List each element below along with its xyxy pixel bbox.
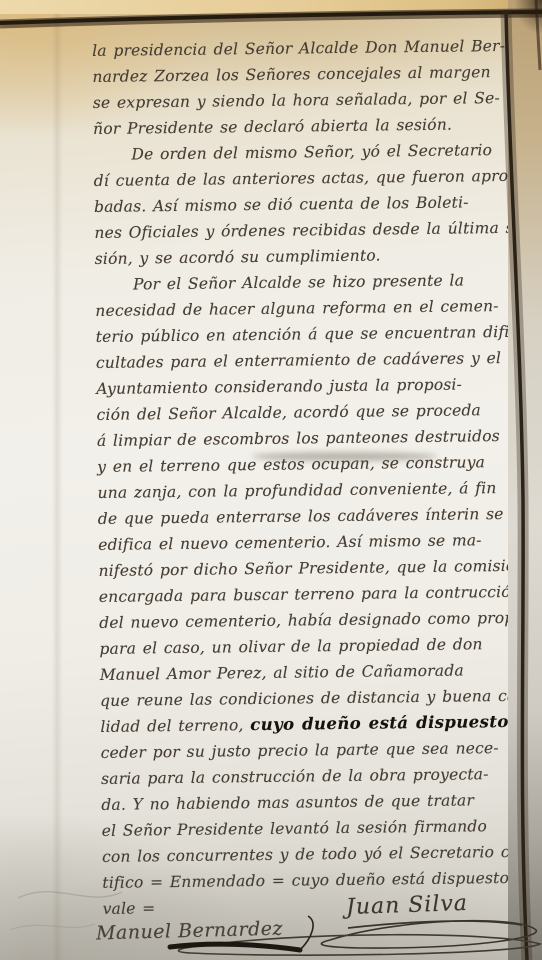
emphasis-pre-text: lidad del terreno, — [100, 716, 250, 736]
signature-juan-silva: Juan Silva — [346, 891, 469, 920]
adjacent-page-strip — [508, 0, 542, 960]
manuscript-photo: la presidencia del Señor Alcalde Don Man… — [0, 0, 542, 960]
upper-page-sliver — [0, 0, 542, 14]
emphasis-bold-text: cuyo dueño está dispuesto á — [250, 712, 527, 734]
manuscript-line: nes Oficiales y órdenes recibidas desde … — [94, 215, 510, 246]
manuscript-text: la presidencia del Señor Alcalde Don Man… — [92, 33, 519, 922]
